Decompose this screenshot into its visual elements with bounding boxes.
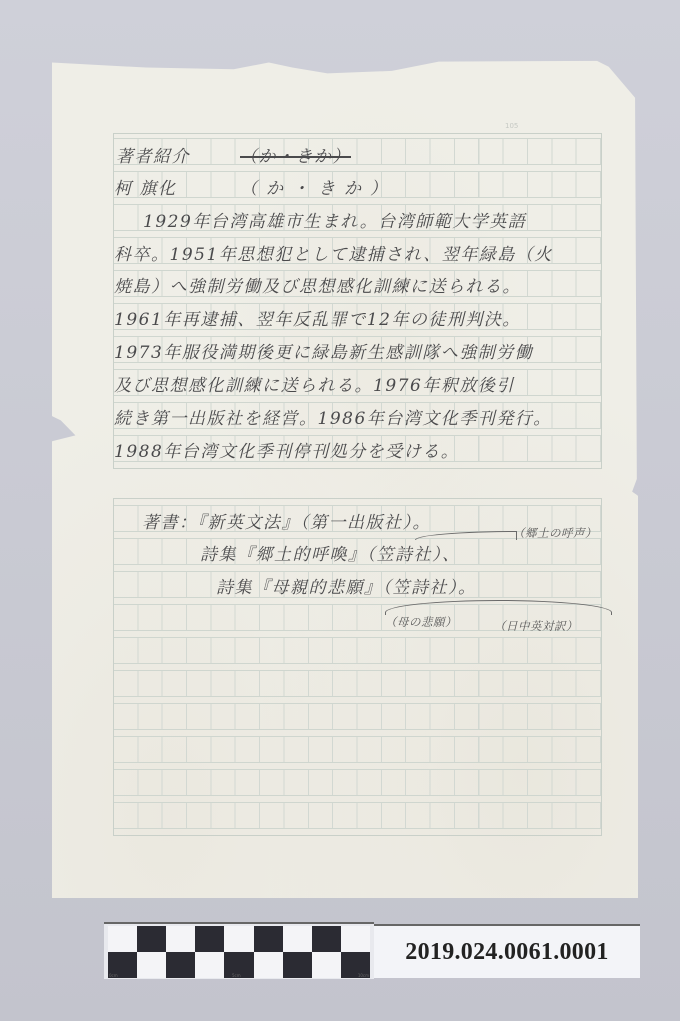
grid-row — [114, 736, 601, 763]
scale-square — [166, 952, 195, 978]
scale-square — [166, 926, 195, 952]
bio-line-3: 焼島）へ強制労働及び思想感化訓練に送られる。 — [114, 272, 521, 297]
bio-line-7: 続き第一出版社を経営。1986年台湾文化季刊発行。 — [114, 404, 552, 429]
bio-line-6: 及び思想感化訓練に送られる。1976年釈放後引 — [114, 371, 515, 396]
bio-line-2: 科卒。1951年思想犯として逮捕され、翌年緑島（火 — [114, 240, 553, 265]
grid-row — [114, 769, 601, 796]
scale-square — [254, 926, 283, 952]
scale-square — [137, 952, 166, 978]
works-annotation-trilingual: （日中英対訳） — [494, 618, 578, 634]
accession-label: 2019.024.0061.0001 — [374, 924, 640, 978]
works-annotation-kyodo: （郷土の呼声） — [513, 525, 597, 541]
grid-row — [114, 802, 601, 829]
header-label: 著者紹介 — [116, 142, 190, 167]
works-line-3: 詩集『母親的悲願』（笠詩社）。 — [216, 573, 477, 598]
bio-line-1: 1929年台湾高雄市生まれ。台湾師範大学英語 — [143, 207, 526, 232]
scale-square — [224, 926, 253, 952]
grid-row — [114, 703, 601, 730]
scale-row-top — [108, 926, 370, 952]
grid-row — [114, 670, 601, 697]
scale-square — [108, 926, 137, 952]
bio-line-8: 1988年台湾文化季刊停刊処分を受ける。 — [114, 437, 459, 462]
page-number: 105 — [505, 122, 518, 130]
author-name: 柯 旗化 — [114, 174, 176, 199]
scale-square — [341, 926, 370, 952]
bio-line-4: 1961年再逮捕、翌年反乱罪で12年の徒刑判決。 — [114, 305, 521, 330]
scale-label-mid: 5cm — [232, 973, 241, 978]
color-scale-bar: 0cm 5cm 10cm — [104, 922, 374, 979]
works-line-2: 詩集『郷土的呼喚』（笠詩社）、 — [200, 540, 461, 565]
scale-square — [312, 952, 341, 978]
scale-label-start: 0cm — [109, 973, 118, 978]
scale-square — [254, 952, 283, 978]
author-reading: （か・きか） — [240, 174, 396, 199]
scale-square — [137, 926, 166, 952]
works-annotation-haha: （母の悲願） — [385, 614, 457, 630]
grid-row — [114, 637, 601, 664]
scale-square — [312, 926, 341, 952]
header-struck-reading: （か・きか） — [240, 142, 351, 167]
scale-square — [195, 952, 224, 978]
scale-square — [283, 926, 312, 952]
scale-square — [283, 952, 312, 978]
bio-line-5: 1973年服役満期後更に緑島新生感訓隊へ強制労働 — [114, 338, 533, 363]
scale-square — [195, 926, 224, 952]
scale-label-end: 10cm — [358, 973, 369, 978]
works-line-1: 著書：『新英文法』（第一出版社）。 — [142, 508, 431, 533]
accession-number: 2019.024.0061.0001 — [405, 939, 608, 966]
